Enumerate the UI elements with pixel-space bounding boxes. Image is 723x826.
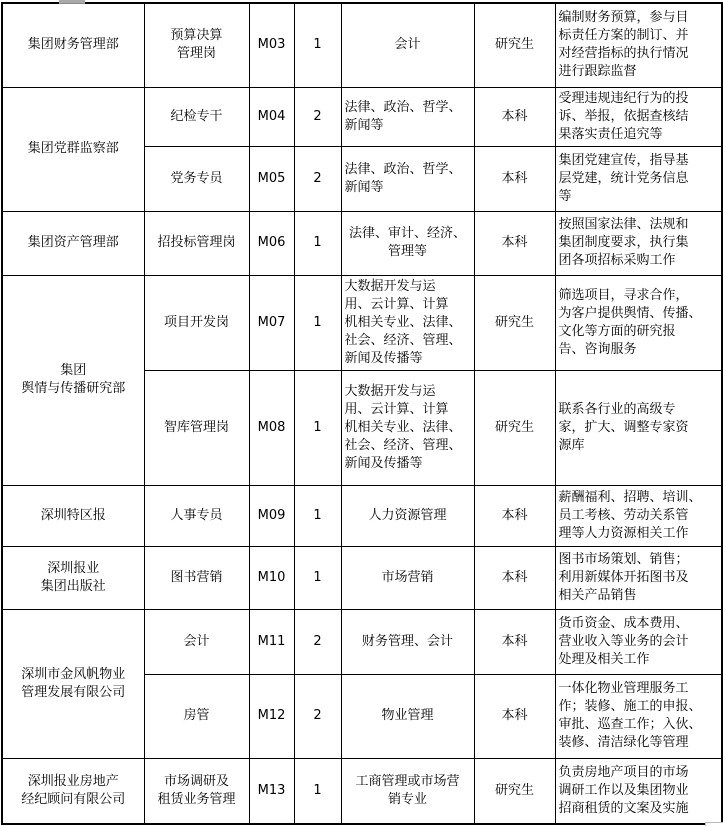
cell-department: 深圳报业房地产 经纪顾问有限公司 xyxy=(2,758,144,824)
cell-position: 图书营销 xyxy=(144,546,249,609)
cell-education: 研究生 xyxy=(474,758,555,824)
table-row: 深圳市金风帆物业 管理发展有限公司会计M112财务管理、会计本科货币资金、成本费… xyxy=(2,609,722,674)
cell-count: 2 xyxy=(294,609,341,674)
cell-count: 1 xyxy=(294,275,341,370)
cell-education: 本科 xyxy=(474,546,555,609)
cell-department: 集团资产管理部 xyxy=(2,211,144,275)
cell-major: 物业管理 xyxy=(341,674,474,758)
table-row: 深圳报业房地产 经纪顾问有限公司市场调研及 租赁业务管理M131工商管理或市场营… xyxy=(2,758,722,824)
cell-code: M10 xyxy=(249,546,294,609)
cell-department: 集团党群监察部 xyxy=(2,87,144,211)
cell-description: 货币资金、成本费用、 营业收入等业务的会计 处理及相关工作 xyxy=(555,609,722,674)
cell-department: 集团财务管理部 xyxy=(2,3,144,87)
cell-position: 会计 xyxy=(144,609,249,674)
cell-education: 本科 xyxy=(474,609,555,674)
cell-position: 人事专员 xyxy=(144,485,249,546)
table-row: 集团财务管理部预算决算 管理岗M031会计研究生编制财务预算，参与目 标责任方案… xyxy=(2,3,722,87)
cell-major: 人力资源管理 xyxy=(341,485,474,546)
cell-code: M11 xyxy=(249,609,294,674)
cell-code: M05 xyxy=(249,146,294,211)
cell-description: 薪酬福利、招聘、培训、 员工考核、劳动关系管 理等人力资源相关工作 xyxy=(555,485,722,546)
cell-major: 大数据开发与运 用、云计算、计算 机相关专业、法律、 社会、经济、管理、 新闻及… xyxy=(341,275,474,370)
cell-major: 法律、政治、哲学、 新闻等 xyxy=(341,87,474,146)
cell-count: 2 xyxy=(294,87,341,146)
cell-department: 深圳特区报 xyxy=(2,485,144,546)
cell-position: 招投标管理岗 xyxy=(144,211,249,275)
cell-description: 编制财务预算，参与目 标责任方案的制订、并 对经营指标的执行情况 进行跟踪监督 xyxy=(555,3,722,87)
cell-code: M06 xyxy=(249,211,294,275)
cell-code: M03 xyxy=(249,3,294,87)
cell-education: 本科 xyxy=(474,485,555,546)
table-row: 集团 舆情与传播研究部项目开发岗M071大数据开发与运 用、云计算、计算 机相关… xyxy=(2,275,722,370)
cell-major: 工商管理或市场营 销专业 xyxy=(341,758,474,824)
cell-description: 受理违规违纪行为的投 诉、举报，依据查核结 果落实责任追究等 xyxy=(555,87,722,146)
cell-description: 按照国家法律、法规和 集团制度要求，执行集 团各项招标采购工作 xyxy=(555,211,722,275)
cell-count: 1 xyxy=(294,758,341,824)
job-positions-table: 集团财务管理部预算决算 管理岗M031会计研究生编制财务预算，参与目 标责任方案… xyxy=(1,2,723,825)
cell-department: 深圳报业 集团出版社 xyxy=(2,546,144,609)
cell-major: 大数据开发与运 用、云计算、计算 机相关专业、法律、 社会、经济、管理、 新闻及… xyxy=(341,370,474,485)
cell-code: M12 xyxy=(249,674,294,758)
cell-education: 研究生 xyxy=(474,3,555,87)
screen-edge-artifact-top xyxy=(59,0,85,4)
cell-description: 联系各行业的高级专 家，扩大、调整专家资 源库 xyxy=(555,370,722,485)
cell-code: M13 xyxy=(249,758,294,824)
cell-position: 智库管理岗 xyxy=(144,370,249,485)
cell-major: 会计 xyxy=(341,3,474,87)
cell-count: 1 xyxy=(294,370,341,485)
cell-position: 预算决算 管理岗 xyxy=(144,3,249,87)
cell-description: 负责房地产项目的市场 调研工作以及集团物业 招商租赁的文案及实施 xyxy=(555,758,722,824)
cell-department: 深圳市金风帆物业 管理发展有限公司 xyxy=(2,609,144,758)
cell-major: 财务管理、会计 xyxy=(341,609,474,674)
cell-major: 法律、审计、经济、 管理等 xyxy=(341,211,474,275)
cell-department: 集团 舆情与传播研究部 xyxy=(2,275,144,485)
table-row: 深圳特区报人事专员M091人力资源管理本科薪酬福利、招聘、培训、 员工考核、劳动… xyxy=(2,485,722,546)
cell-major: 市场营销 xyxy=(341,546,474,609)
cell-code: M08 xyxy=(249,370,294,485)
cell-position: 党务专员 xyxy=(144,146,249,211)
cell-position: 市场调研及 租赁业务管理 xyxy=(144,758,249,824)
cell-education: 研究生 xyxy=(474,370,555,485)
screen-edge-artifact-bottom xyxy=(705,822,723,826)
table-body: 集团财务管理部预算决算 管理岗M031会计研究生编制财务预算，参与目 标责任方案… xyxy=(2,3,722,824)
cell-position: 纪检专干 xyxy=(144,87,249,146)
table-row: 集团资产管理部招投标管理岗M061法律、审计、经济、 管理等本科按照国家法律、法… xyxy=(2,211,722,275)
cell-count: 1 xyxy=(294,3,341,87)
cell-description: 一体化物业管理服务工 作；装修、施工的申报、 审批、巡查工作；入伙、 装修、清洁… xyxy=(555,674,722,758)
cell-count: 1 xyxy=(294,211,341,275)
cell-major: 法律、政治、哲学、 新闻等 xyxy=(341,146,474,211)
cell-description: 筛选项目，寻求合作， 为客户提供舆情、传播、 文化等方面的研究报 告、咨询服务 xyxy=(555,275,722,370)
cell-count: 1 xyxy=(294,546,341,609)
cell-code: M09 xyxy=(249,485,294,546)
table-row: 深圳报业 集团出版社图书营销M101市场营销本科图书市场策划、销售； 利用新媒体… xyxy=(2,546,722,609)
cell-education: 本科 xyxy=(474,146,555,211)
cell-education: 研究生 xyxy=(474,275,555,370)
table-row: 集团党群监察部纪检专干M042法律、政治、哲学、 新闻等本科受理违规违纪行为的投… xyxy=(2,87,722,146)
cell-position: 项目开发岗 xyxy=(144,275,249,370)
cell-count: 2 xyxy=(294,146,341,211)
cell-education: 本科 xyxy=(474,87,555,146)
cell-count: 1 xyxy=(294,485,341,546)
cell-education: 本科 xyxy=(474,674,555,758)
cell-code: M04 xyxy=(249,87,294,146)
cell-description: 集团党建宣传，指导基 层党建，统计党务信息 等 xyxy=(555,146,722,211)
cell-count: 2 xyxy=(294,674,341,758)
cell-code: M07 xyxy=(249,275,294,370)
cell-description: 图书市场策划、销售； 利用新媒体开拓图书及 相关产品销售 xyxy=(555,546,722,609)
cell-education: 本科 xyxy=(474,211,555,275)
cell-position: 房管 xyxy=(144,674,249,758)
